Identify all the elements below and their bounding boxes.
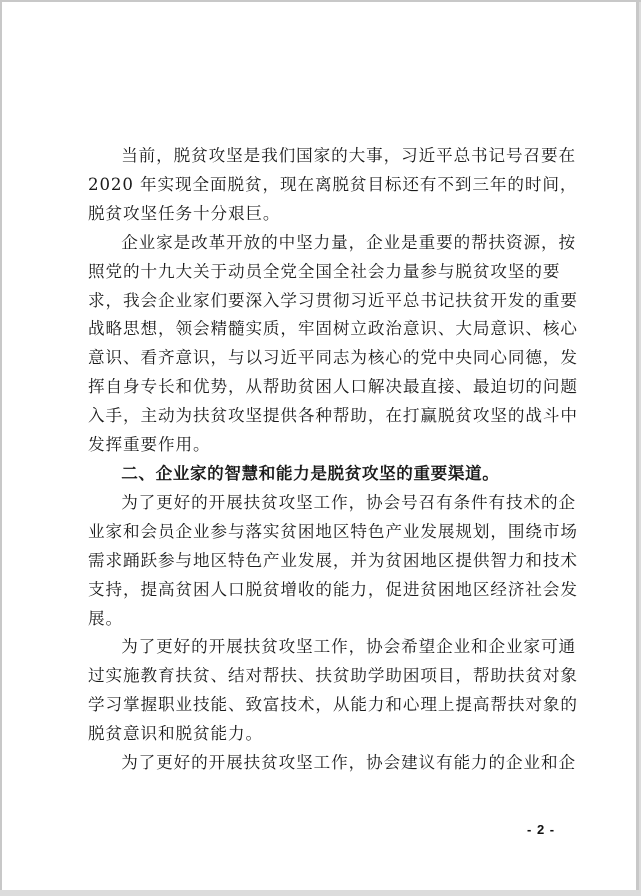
text-line: 过实施教育扶贫、结对帮扶、扶贫助学助困项目，帮助扶贫对象: [88, 662, 550, 691]
text-line: 学习掌握职业技能、致富技术，从能力和心理上提高帮扶对象的: [88, 691, 550, 720]
text-line: 脱贫攻坚任务十分艰巨。: [88, 200, 550, 229]
text-line: 意识、看齐意识，与以习近平同志为核心的党中央同心同德，发: [88, 344, 550, 373]
paragraph-industry: 为了更好的开展扶贫攻坚工作，协会号召有条件有技术的企 业家和会员企业参与落实贫困…: [88, 489, 550, 634]
paragraph-intro: 当前，脱贫攻坚是我们国家的大事，习近平总书记号召要在 2020 年实现全面脱贫，…: [88, 142, 550, 229]
text-line: 展。: [88, 605, 550, 634]
paragraph-education: 为了更好的开展扶贫攻坚工作，协会希望企业和企业家可通 过实施教育扶贫、结对帮扶、…: [88, 633, 550, 749]
text-line: 入手，主动为扶贫攻坚提供各种帮助，在打赢脱贫攻坚的战斗中: [88, 402, 550, 431]
text-line: 需求踊跃参与地区特色产业发展，并为贫困地区提供智力和技术: [88, 547, 550, 576]
text-line: 当前，脱贫攻坚是我们国家的大事，习近平总书记号召要在: [88, 142, 550, 171]
text-line: 支持，提高贫困人口脱贫增收的能力，促进贫困地区经济社会发: [88, 576, 550, 605]
document-page: 当前，脱贫攻坚是我们国家的大事，习近平总书记号召要在 2020 年实现全面脱贫，…: [2, 2, 639, 890]
text-line: 为了更好的开展扶贫攻坚工作，协会希望企业和企业家可通: [88, 633, 550, 662]
text-line: 战略思想，领会精髓实质，牢固树立政治意识、大局意识、核心: [88, 315, 550, 344]
text-line: 业家和会员企业参与落实贫困地区特色产业发展规划，围绕市场: [88, 518, 550, 547]
text-line: 为了更好的开展扶贫攻坚工作，协会建议有能力的企业和企: [88, 749, 550, 778]
heading-text: 二、企业家的智慧和能力是脱贫攻坚的重要渠道。: [88, 460, 550, 489]
document-body: 当前，脱贫攻坚是我们国家的大事，习近平总书记号召要在 2020 年实现全面脱贫，…: [88, 142, 550, 778]
page-number: - 2 -: [527, 822, 555, 837]
text-line: 脱贫意识和脱贫能力。: [88, 720, 550, 749]
text-line: 挥自身专长和优势，从帮助贫困人口解决最直接、最迫切的问题: [88, 373, 550, 402]
section-heading: 二、企业家的智慧和能力是脱贫攻坚的重要渠道。: [88, 460, 550, 489]
text-line: 发挥重要作用。: [88, 431, 550, 460]
paragraph-suggestion: 为了更好的开展扶贫攻坚工作，协会建议有能力的企业和企: [88, 749, 550, 778]
paragraph-entrepreneurs: 企业家是改革开放的中坚力量，企业是重要的帮扶资源，按 照党的十九大关于动员全党全…: [88, 229, 550, 460]
page-border-left: [0, 0, 2, 890]
text-line: 为了更好的开展扶贫攻坚工作，协会号召有条件有技术的企: [88, 489, 550, 518]
text-line: 求，我会企业家们要深入学习贯彻习近平总书记扶贫开发的重要: [88, 287, 550, 316]
text-line: 2020 年实现全面脱贫，现在离脱贫目标还有不到三年的时间，: [88, 171, 550, 200]
text-line: 照党的十九大关于动员全党全国全社会力量参与脱贫攻坚的要: [88, 258, 550, 287]
text-line: 企业家是改革开放的中坚力量，企业是重要的帮扶资源，按: [88, 229, 550, 258]
page-border-top: [0, 0, 641, 2]
